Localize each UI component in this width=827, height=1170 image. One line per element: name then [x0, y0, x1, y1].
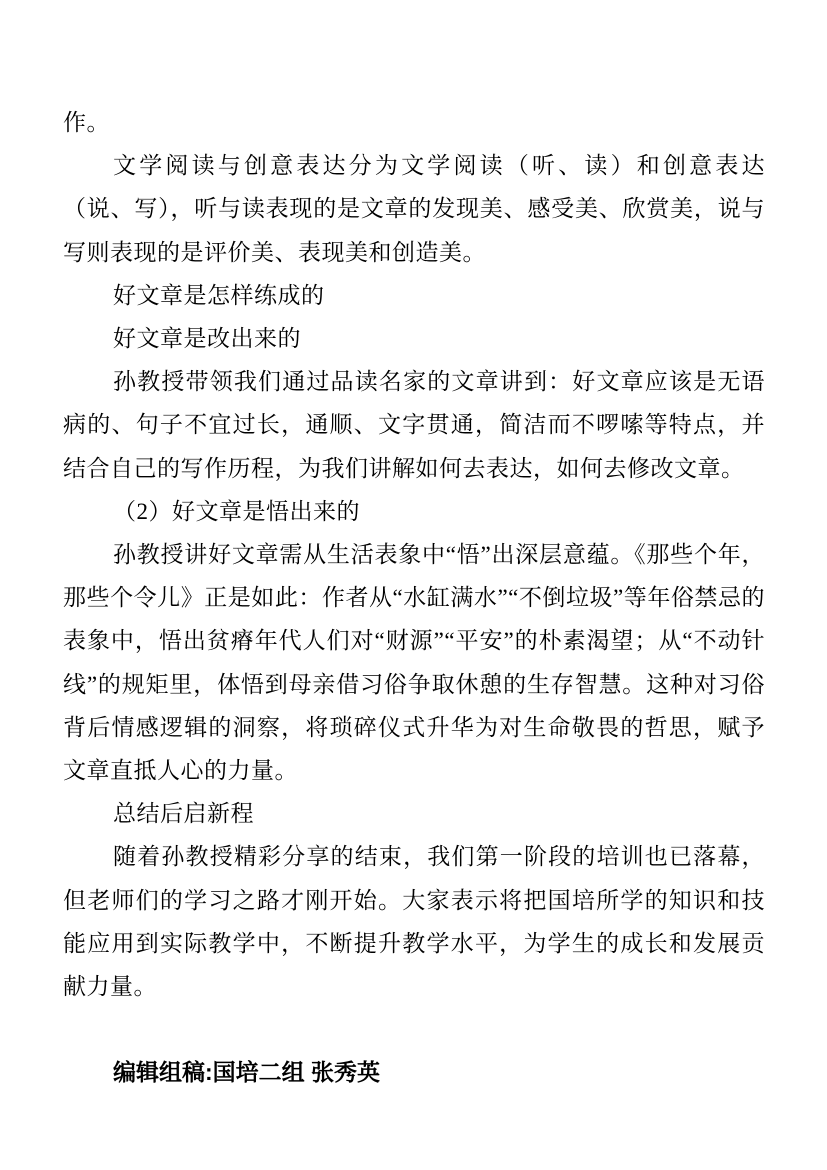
section-heading: 好文章是改出来的 — [63, 317, 765, 360]
blank-line — [63, 1008, 765, 1051]
document-body: 作。文学阅读与创意表达分为文学阅读（听、读）和创意表达（说、写），听与读表现的是… — [63, 101, 765, 1095]
paragraph: 随着孙教授精彩分享的结束，我们第一阶段的培训也已落幕，但老师们的学习之路才刚开始… — [63, 835, 765, 1008]
section-heading: 好文章是怎样练成的 — [63, 274, 765, 317]
document-page: 作。文学阅读与创意表达分为文学阅读（听、读）和创意表达（说、写），听与读表现的是… — [0, 0, 827, 1170]
paragraph: 孙教授讲好文章需从生活表象中“悟”出深层意蕴。《那些个年，那些个令儿》正是如此：… — [63, 533, 765, 792]
section-heading: （2）好文章是悟出来的 — [63, 490, 765, 533]
section-heading: 总结后启新程 — [63, 792, 765, 835]
editor-credit-line: 编辑组稿:国培二组 张秀英 — [63, 1051, 765, 1094]
paragraph: 文学阅读与创意表达分为文学阅读（听、读）和创意表达（说、写），听与读表现的是文章… — [63, 144, 765, 274]
paragraph: 孙教授带领我们通过品读名家的文章讲到：好文章应该是无语病的、句子不宜过长，通顺、… — [63, 360, 765, 490]
paragraph: 作。 — [63, 101, 765, 144]
